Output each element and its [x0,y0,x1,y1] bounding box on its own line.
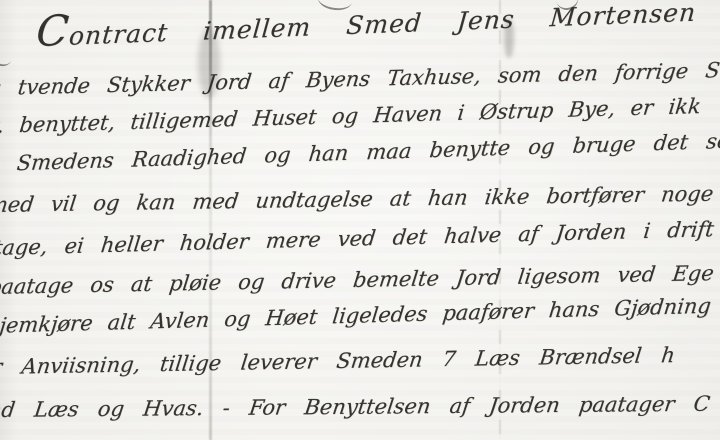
handwriting-line: hjemkjøre alt Avlen og Høet ligeledes pa… [0,293,720,338]
handwriting-line: nd Læs og Hvas. - For Benyttelsen af Jor… [0,392,711,422]
handwriting-line: paatage os at pløie og drive bemelte Jor… [0,261,715,299]
handwriting-line: tage, ei heller holder mere ved det halv… [0,216,720,260]
handwriting-line: v. benyttet, tilligemed Huset og Haven i… [0,94,702,138]
handwriting-line: i Smedens Raadighed og han maa benytte o… [0,128,720,176]
handwriting-line: Contract imellem Smed Jens Mortensen og … [35,0,720,52]
handwriting-line: r Anviisning, tillige leverer Smeden 7 L… [0,343,676,379]
manuscript-page: Contract imellem Smed Jens Mortensen og … [0,0,720,440]
cut-stroke-fragment [0,45,14,69]
handwriting-line: med vil og kan med undtagelse at han ikk… [0,182,715,217]
handwriting-line: s tvende Stykker Jord af Byens Taxhuse, … [0,58,720,100]
